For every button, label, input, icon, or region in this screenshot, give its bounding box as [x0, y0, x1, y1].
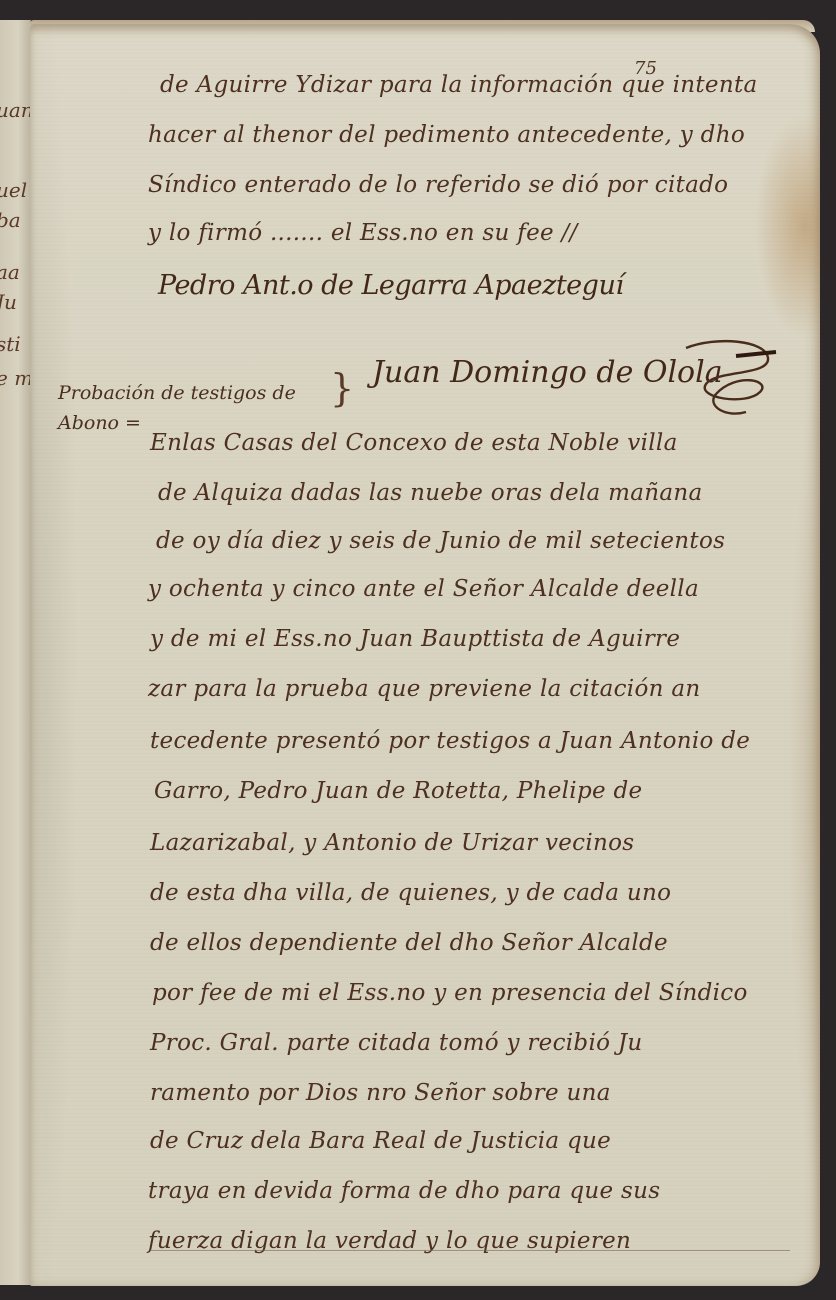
text-line: y lo firmó ....... el Ess.no en su fee /… [148, 220, 578, 246]
text-line: de Alquiza dadas las nuebe oras dela mañ… [158, 480, 703, 506]
closing-rule-line [150, 1250, 790, 1251]
text-line: Enlas Casas del Concexo de esta Noble vi… [150, 430, 678, 456]
text-line: Lazarizabal, y Antonio de Urizar vecinos [150, 830, 634, 856]
text-line: de oy día diez y seis de Junio de mil se… [156, 528, 725, 554]
manuscript-body: de Aguirre Ydizar para la información qu… [0, 0, 836, 1300]
text-line: de ellos dependiente del dho Señor Alcal… [150, 930, 668, 956]
text-line: Proc. Gral. parte citada tomó y recibió … [150, 1030, 643, 1056]
text-line: zar para la prueba que previene la citac… [148, 676, 700, 702]
text-line: de Cruz dela Bara Real de Justicia que [150, 1128, 611, 1154]
text-line: de Aguirre Ydizar para la información qu… [160, 72, 758, 98]
text-line: Síndico enterado de lo referido se dió p… [148, 172, 728, 198]
text-line: hacer al thenor del pedimento antecedent… [148, 122, 745, 148]
text-line: de esta dha villa, de quienes, y de cada… [150, 880, 671, 906]
text-line: por fee de mi el Ess.no y en presencia d… [152, 980, 748, 1006]
manuscript-scan: uan uel ba aa Ju sti e m 75 Pedro Ant.o … [0, 0, 836, 1300]
text-line: y ochenta y cinco ante el Señor Alcalde … [148, 576, 699, 602]
text-line: traya en devida forma de dho para que su… [148, 1178, 660, 1204]
text-line: tecedente presentó por testigos a Juan A… [150, 728, 750, 754]
text-line: ramento por Dios nro Señor sobre una [150, 1080, 611, 1106]
text-line: Garro, Pedro Juan de Rotetta, Phelipe de [154, 778, 642, 804]
text-line: y de mi el Ess.no Juan Baupttista de Agu… [150, 626, 680, 652]
